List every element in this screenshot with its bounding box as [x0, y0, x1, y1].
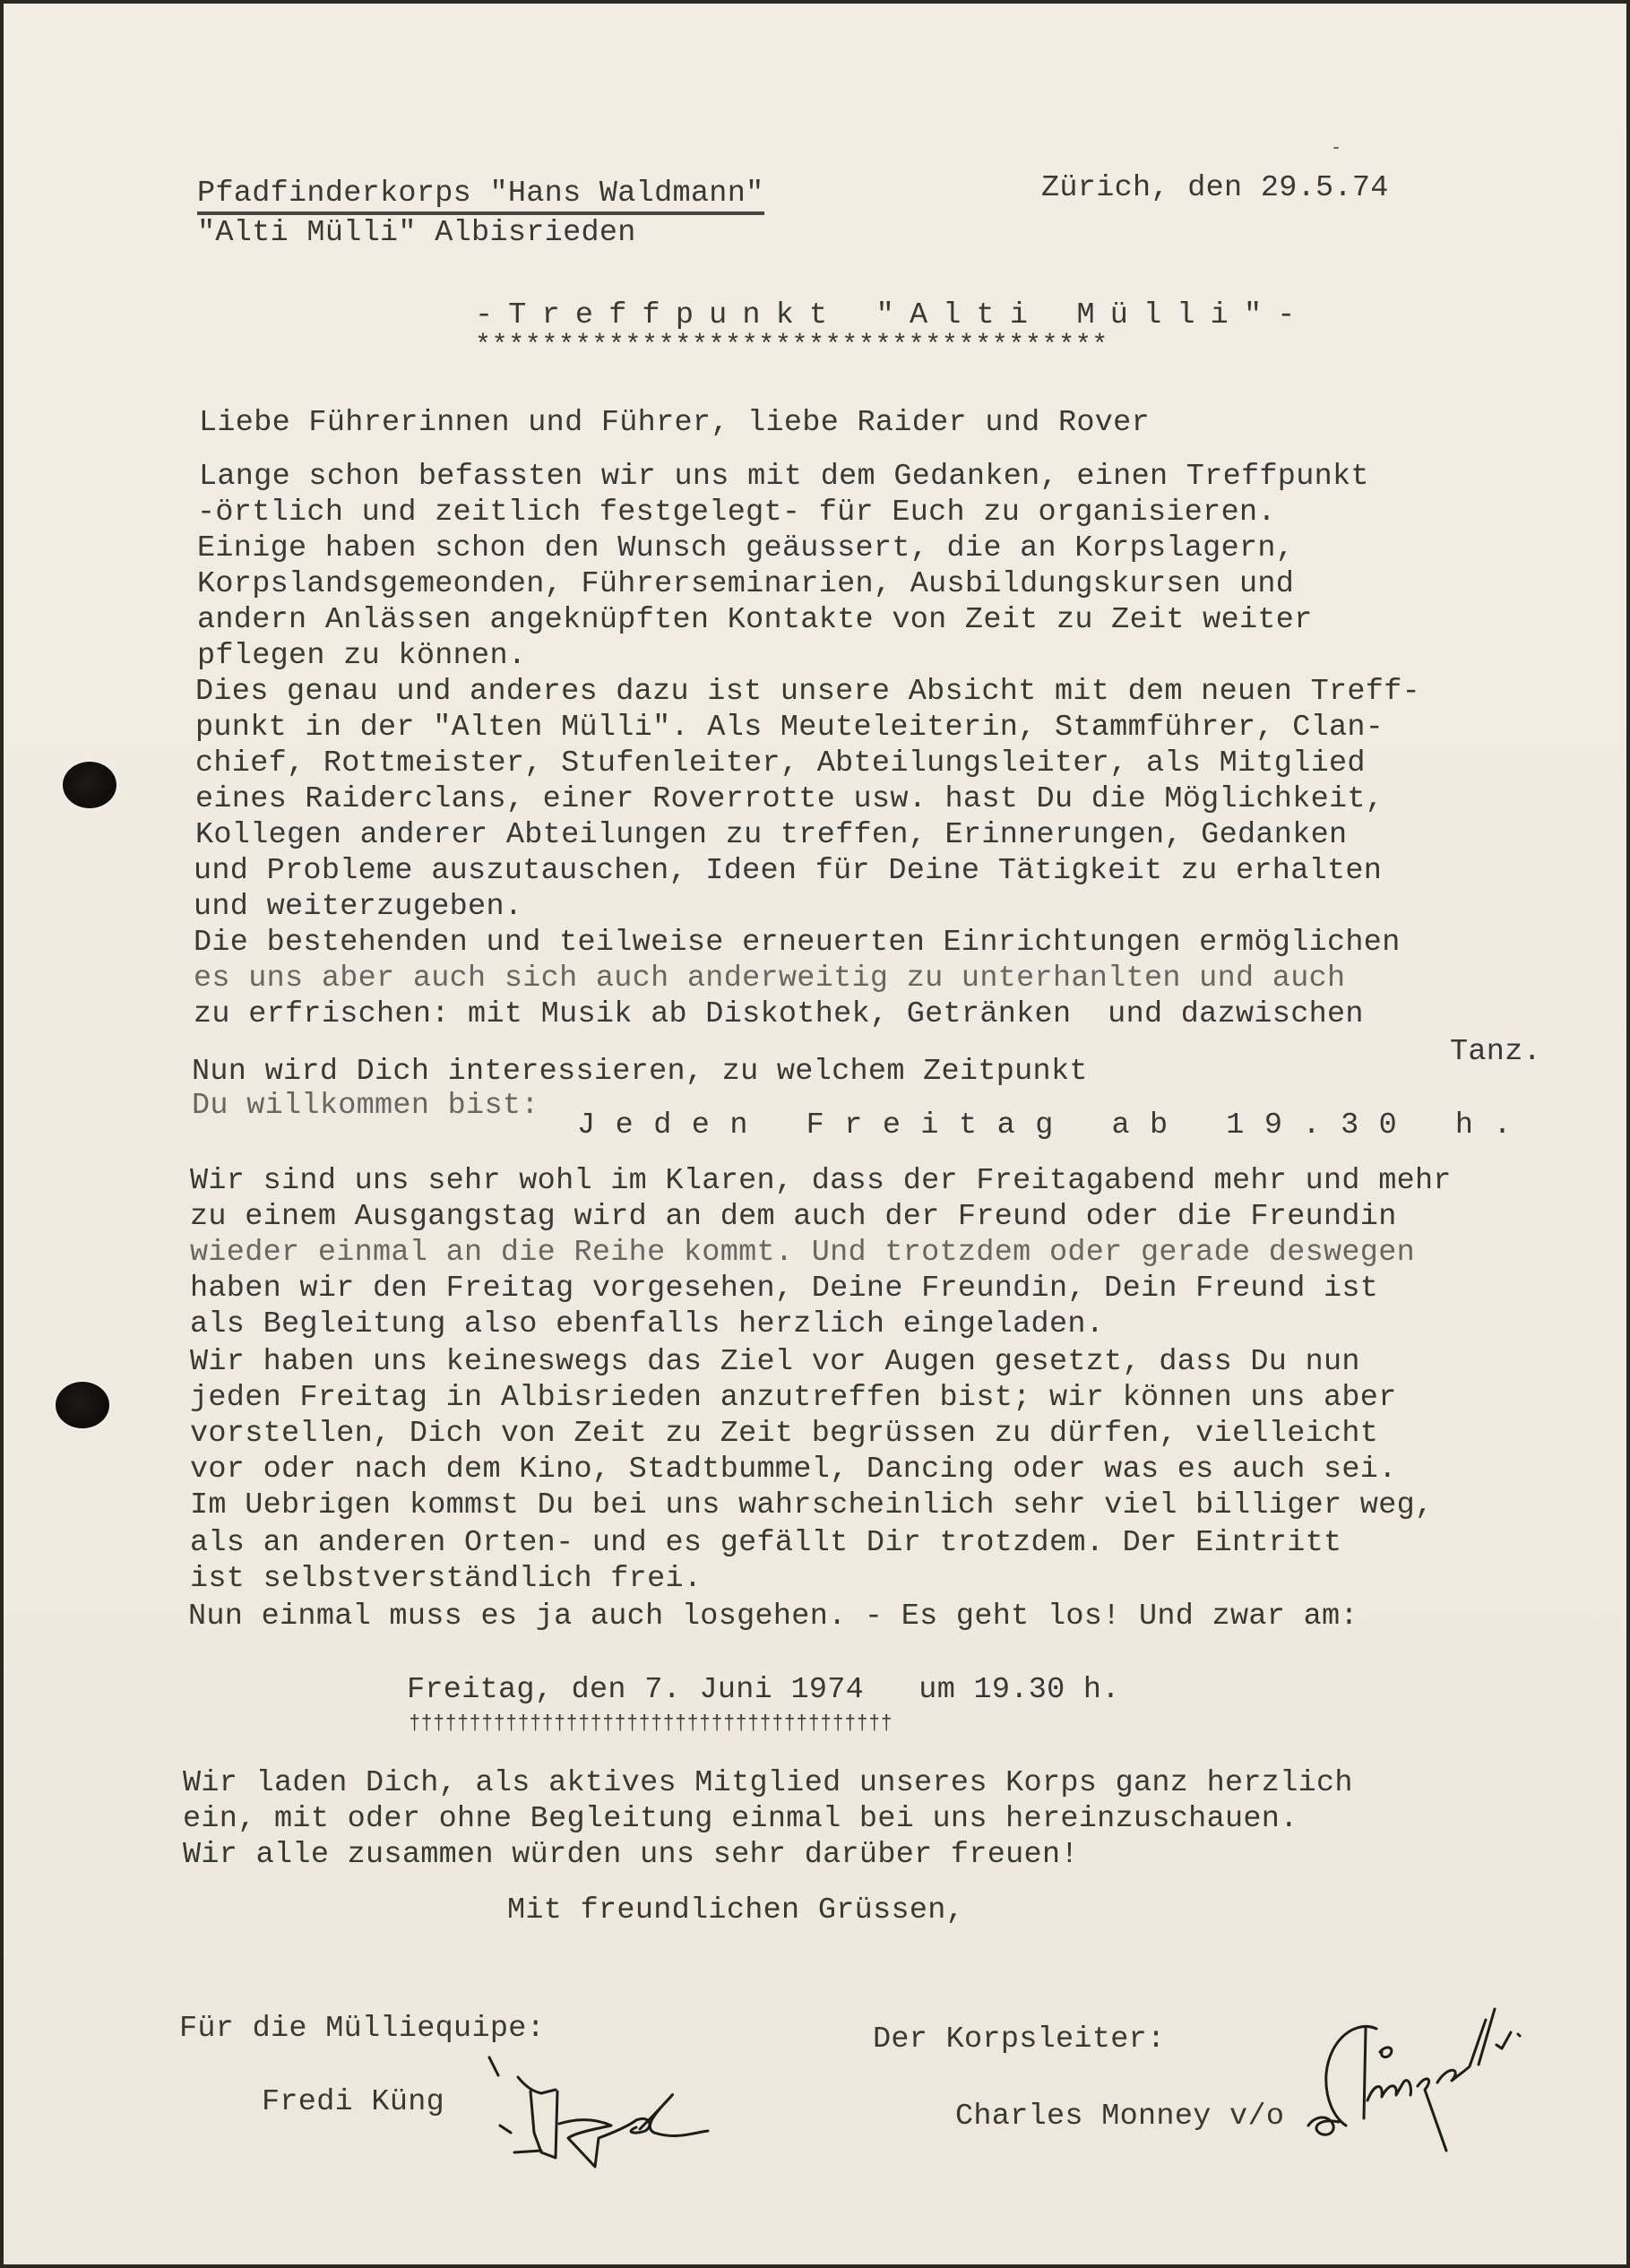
- body-line: Im Uebrigen kommst Du bei uns wahrschein…: [190, 1488, 1433, 1523]
- suborganization-name: "Alti Mülli" Albisrieden: [197, 215, 636, 251]
- charles-monney-signature: [1303, 1993, 1554, 2181]
- body-line: Nun einmal muss es ja auch losgehen. - E…: [188, 1599, 1358, 1634]
- body-line: Wir sind uns sehr wohl im Klaren, dass d…: [190, 1163, 1452, 1199]
- place-date: Zürich, den 29.5.74: [1041, 170, 1389, 206]
- body-line: Lange schon befassten wir uns mit dem Ge…: [199, 459, 1369, 495]
- event-date-underline: ††††††††††††††††††††††††††††††††††††††††: [409, 1706, 893, 1742]
- body-line: Kollegen anderer Abteilungen zu treffen,…: [195, 817, 1347, 853]
- body-line: Dies genau und anderes dazu ist unsere A…: [195, 674, 1420, 710]
- body-line: wieder einmal an die Reihe kommt. Und tr…: [190, 1235, 1415, 1271]
- typewriter-speck: [1333, 147, 1339, 149]
- punch-hole-upper: [63, 762, 116, 808]
- body-line: zu einem Ausgangstag wird an dem auch de…: [190, 1199, 1397, 1235]
- body-line: jeden Freitag in Albisrieden anzutreffen…: [190, 1380, 1397, 1416]
- tanz-word: Tanz.: [1450, 1034, 1541, 1070]
- body-line: Wir haben uns keineswegs das Ziel vor Au…: [190, 1344, 1360, 1380]
- body-line: chief, Rottmeister, Stufenleiter, Abteil…: [195, 746, 1366, 781]
- body-line: Einige haben schon den Wunsch geäussert,…: [197, 530, 1294, 566]
- body-line: punkt in der "Alten Mülli". Als Meutelei…: [195, 710, 1384, 746]
- body-line: ist selbstverständlich frei.: [190, 1561, 702, 1597]
- body-line: und weiterzugeben.: [194, 889, 522, 925]
- fredi-kueng-signature: [479, 2039, 729, 2192]
- right-signature-name: Charles Monney v/o: [955, 2099, 1284, 2134]
- body-line: pflegen zu können.: [197, 638, 526, 674]
- closing-line: Wir laden Dich, als aktives Mitglied uns…: [183, 1765, 1353, 1801]
- body-line: -örtlich und zeitlich festgelegt- für Eu…: [197, 495, 1276, 530]
- title-asterisk-underline: **************************************: [475, 328, 1108, 364]
- letter-page: Pfadfinderkorps "Hans Waldmann" "Alti Mü…: [4, 4, 1626, 2264]
- closing-line: ein, mit oder ohne Begleitung einmal bei…: [183, 1801, 1298, 1837]
- greeting: Mit freundlichen Grüssen,: [507, 1893, 964, 1928]
- left-signature-name: Fredi Küng: [262, 2084, 444, 2120]
- time-intro-line: Du willkommen bist:: [192, 1088, 539, 1124]
- body-line: haben wir den Freitag vorgesehen, Deine …: [190, 1271, 1378, 1306]
- body-line: vorstellen, Dich von Zeit zu Zeit begrüs…: [190, 1416, 1378, 1452]
- body-line: Die bestehenden und teilweise erneuerten…: [194, 925, 1401, 961]
- body-line: als an anderen Orten- und es gefällt Dir…: [190, 1525, 1341, 1561]
- body-line: und Probleme auszutauschen, Ideen für De…: [194, 853, 1382, 889]
- body-line: andern Anlässen angeknüpften Kontakte vo…: [197, 602, 1313, 638]
- punch-hole-lower: [56, 1382, 109, 1428]
- body-line: vor oder nach dem Kino, Stadtbummel, Dan…: [190, 1452, 1397, 1488]
- body-line: es uns aber auch sich auch anderweitig z…: [194, 961, 1345, 996]
- organization-name: Pfadfinderkorps "Hans Waldmann": [197, 176, 764, 215]
- time-intro-line: Nun wird Dich interessieren, zu welchem …: [192, 1054, 1088, 1090]
- body-line: zu erfrischen: mit Musik ab Diskothek, G…: [194, 996, 1364, 1032]
- event-date: Freitag, den 7. Juni 1974 um 19.30 h.: [407, 1672, 1120, 1708]
- right-signature-role: Der Korpsleiter:: [873, 2022, 1165, 2057]
- salutation: Liebe Führerinnen und Führer, liebe Raid…: [199, 405, 1150, 441]
- closing-line: Wir alle zusammen würden uns sehr darübe…: [183, 1837, 1079, 1873]
- body-line: eines Raiderclans, einer Roverrotte usw.…: [195, 781, 1384, 817]
- body-line: Korpslandsgemeonden, Führerseminarien, A…: [197, 566, 1294, 602]
- body-line: als Begleitung also ebenfalls herzlich e…: [190, 1306, 1104, 1342]
- weekly-meeting-time: Jeden Freitag ab 19.30 h.: [577, 1108, 1531, 1143]
